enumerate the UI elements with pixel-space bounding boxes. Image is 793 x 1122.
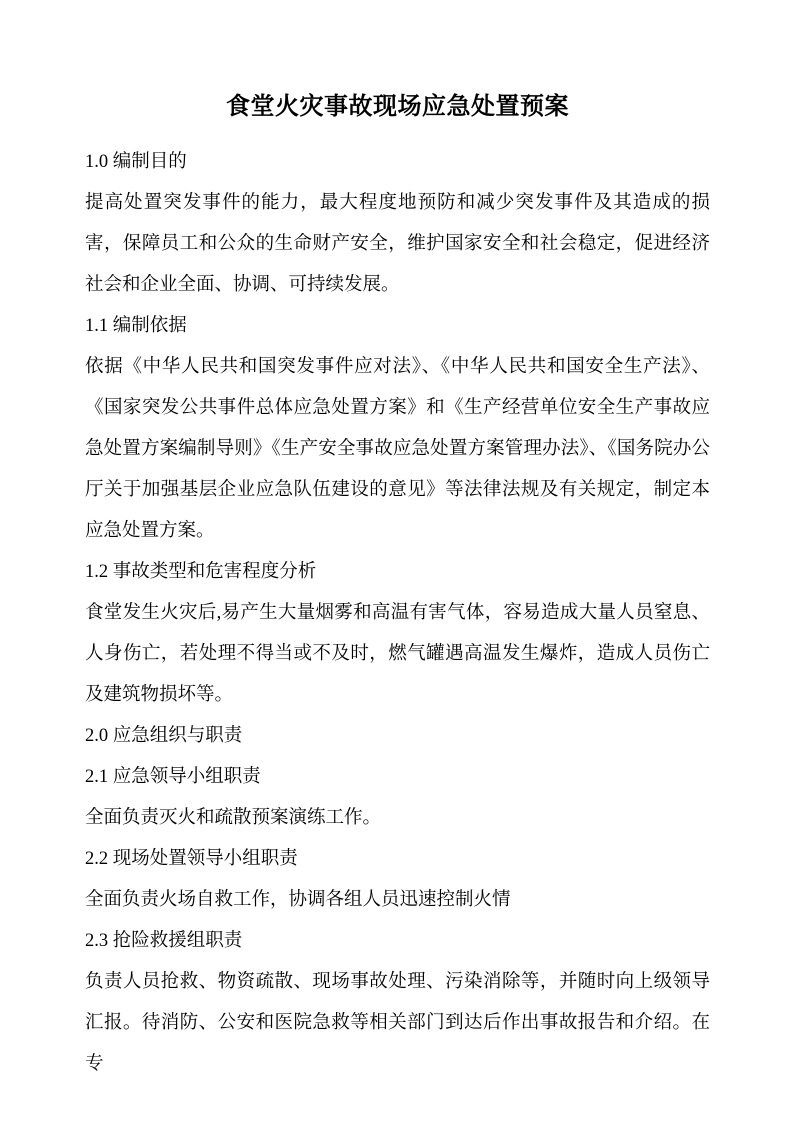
section-heading-2-3: 2.3 抢险救援组职责 [85,921,710,962]
section-heading-1-2: 1.2 事故类型和危害程度分析 [85,552,710,593]
paragraph-leadership-duty: 全面负责灭火和疏散预案演练工作。 [85,798,710,839]
section-heading-2-2: 2.2 现场处置领导小组职责 [85,839,710,880]
document-body: 1.0 编制目的 提高处置突发事件的能力，最大程度地预防和减少突发事件及其造成的… [85,142,710,1085]
paragraph-purpose: 提高处置突发事件的能力，最大程度地预防和减少突发事件及其造成的损害，保障员工和公… [85,183,710,306]
section-heading-1-1: 1.1 编制依据 [85,306,710,347]
section-heading-2-0: 2.0 应急组织与职责 [85,716,710,757]
paragraph-basis: 依据《中华人民共和国突发事件应对法》、《中华人民共和国安全生产法》、《国家突发公… [85,347,710,552]
document-page: 食堂火灾事故现场应急处置预案 1.0 编制目的 提高处置突发事件的能力，最大程度… [0,0,793,1122]
section-heading-1-0: 1.0 编制目的 [85,142,710,183]
paragraph-hazard-analysis: 食堂发生火灾后,易产生大量烟雾和高温有害气体，容易造成大量人员窒息、人身伤亡，若… [85,593,710,716]
paragraph-onsite-duty: 全面负责火场自救工作，协调各组人员迅速控制火情 [85,880,710,921]
section-heading-2-1: 2.1 应急领导小组职责 [85,757,710,798]
document-title: 食堂火灾事故现场应急处置预案 [85,83,710,131]
paragraph-rescue-duty: 负责人员抢救、物资疏散、现场事故处理、污染消除等，并随时向上级领导汇报。待消防、… [85,962,710,1085]
